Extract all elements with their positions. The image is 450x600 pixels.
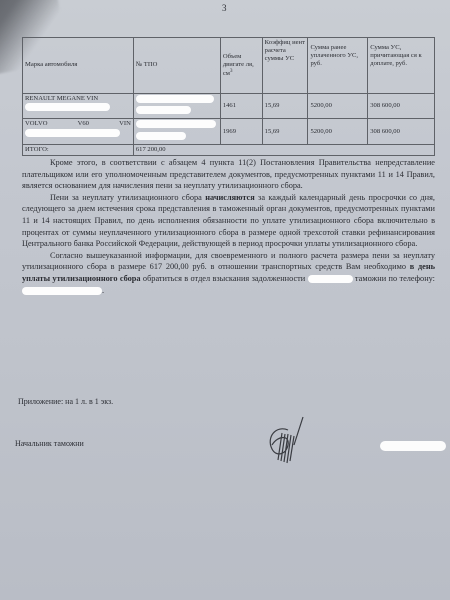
table-row: VOLVOV60VIN 1969 15,69 5200,00 308 600,0… (23, 119, 435, 144)
cell-due: 308 600,00 (368, 119, 435, 144)
cell-coef: 15,69 (262, 119, 308, 144)
cell-due: 308 600,00 (368, 94, 435, 119)
cell-brand: VOLVOV60VIN (23, 119, 134, 144)
redacted-vin (25, 129, 120, 137)
attachment-note: Приложение: на 1 л. в 1 экз. (18, 397, 113, 406)
page-number: 3 (222, 3, 227, 13)
header-due: Сумма УС, причитающая ся к доплате, руб. (368, 38, 435, 94)
header-brand: Марка автомобиля (23, 38, 134, 94)
redacted-phone (22, 287, 102, 295)
body-text: Кроме этого, в соответствии с абзацем 4 … (22, 157, 435, 296)
redacted-customs-name (308, 275, 353, 283)
paragraph-3: Согласно вышеуказанной информации, для с… (22, 250, 435, 296)
header-coef: Коэффиц иент расчета суммы УС (262, 38, 308, 94)
vehicle-fee-table: Марка автомобиля № ТПО Объем двигате ля,… (22, 37, 435, 156)
total-value: 617 200,00 (133, 144, 434, 155)
cell-tpo (133, 94, 220, 119)
redacted-tpo (136, 120, 216, 128)
redacted-tpo (136, 95, 214, 103)
table-row: RENAULT MEGANE VIN 1461 15,69 5200,00 30… (23, 94, 435, 119)
paragraph-1: Кроме этого, в соответствии с абзацем 4 … (22, 157, 435, 192)
redacted-vin (25, 103, 110, 111)
redacted-signatory-name (380, 441, 446, 451)
header-tpo: № ТПО (133, 38, 220, 94)
cell-volume: 1969 (220, 119, 262, 144)
paragraph-2: Пени за неуплату утилизационного сбора н… (22, 192, 435, 250)
cell-coef: 15,69 (262, 94, 308, 119)
cell-paid: 5200,00 (308, 94, 368, 119)
table-header-row: Марка автомобиля № ТПО Объем двигате ля,… (23, 38, 435, 94)
total-label: ИТОГО: (23, 144, 134, 155)
redacted-tpo (136, 106, 191, 114)
cell-brand: RENAULT MEGANE VIN (23, 94, 134, 119)
signature-icon (258, 415, 308, 470)
redacted-tpo (136, 132, 186, 140)
cell-paid: 5200,00 (308, 119, 368, 144)
header-paid: Сумма ранее уплаченного УС, руб. (308, 38, 368, 94)
cell-tpo (133, 119, 220, 144)
signatory-title: Начальник таможни (15, 439, 84, 448)
header-volume: Объем двигате ля, см3 (220, 38, 262, 94)
cell-volume: 1461 (220, 94, 262, 119)
table-total-row: ИТОГО: 617 200,00 (23, 144, 435, 155)
